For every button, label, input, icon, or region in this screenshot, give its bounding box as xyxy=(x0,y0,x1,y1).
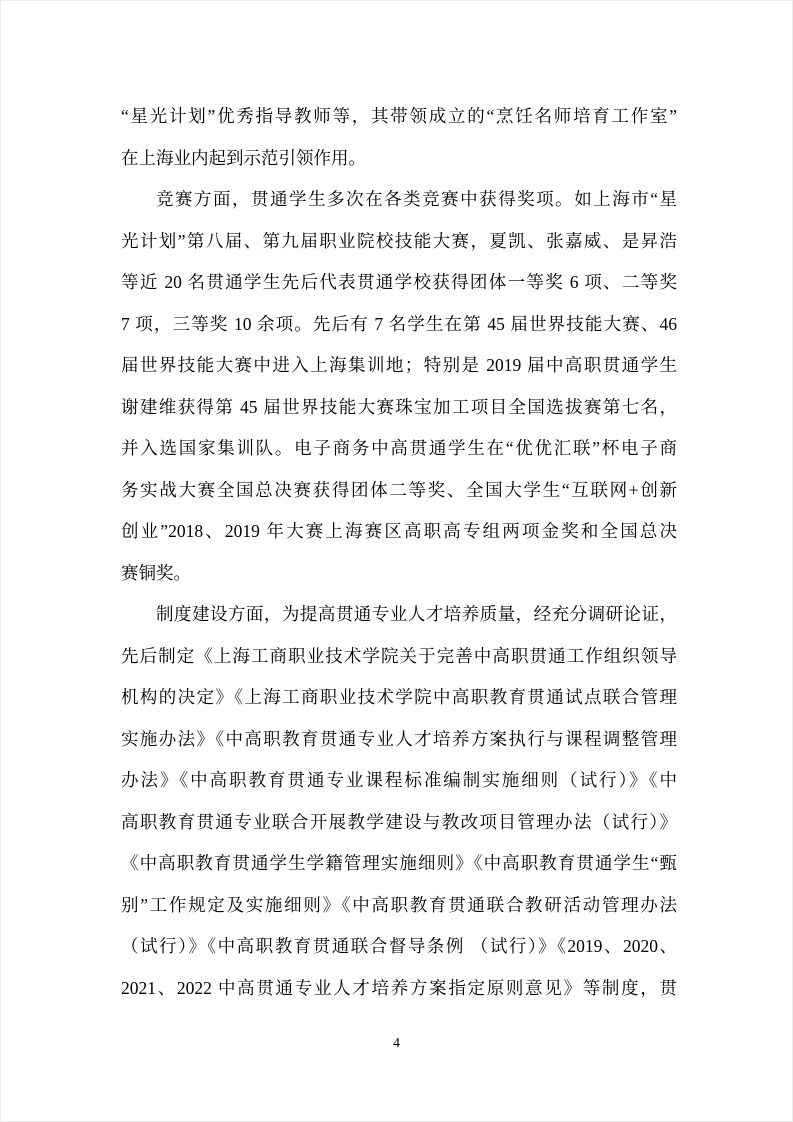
text-line: 制度建设方面，为提高贯通专业人才培养质量，经充分调研论证， xyxy=(121,594,677,636)
paragraph-1: “星光计划”优秀指导教师等，其带领成立的“烹饪名师培育工作室” 在上海业内起到示… xyxy=(121,96,677,179)
page-body: “星光计划”优秀指导教师等，其带领成立的“烹饪名师培育工作室” 在上海业内起到示… xyxy=(121,96,677,1009)
text-line: 届世界技能大赛中进入上海集训地；特别是 2019 届中高职贯通学生 xyxy=(121,345,677,387)
text-line: 务实战大赛全国总决赛获得团体二等奖、全国大学生“互联网+创新 xyxy=(121,470,677,512)
paragraph-2: 竞赛方面，贯通学生多次在各类竞赛中获得奖项。如上海市“星 光计划”第八届、第九届… xyxy=(121,179,677,594)
text-line: 在上海业内起到示范引领作用。 xyxy=(121,138,677,180)
text-line: 并入选国家集训队。电子商务中高贯通学生在“优优汇联”杯电子商 xyxy=(121,428,677,470)
document-page: “星光计划”优秀指导教师等，其带领成立的“烹饪名师培育工作室” 在上海业内起到示… xyxy=(0,0,793,1122)
page-number: 4 xyxy=(1,1034,792,1054)
paragraph-3: 制度建设方面，为提高贯通专业人才培养质量，经充分调研论证， 先后制定《上海工商职… xyxy=(121,594,677,1009)
text-line: 高职教育贯通专业联合开展教学建设与教改项目管理办法（试行）》 xyxy=(121,802,677,844)
text-line: 竞赛方面，贯通学生多次在各类竞赛中获得奖项。如上海市“星 xyxy=(121,179,677,221)
text-line: 实施办法》《中高职教育贯通专业人才培养方案执行与课程调整管理 xyxy=(121,719,677,761)
text-line: 机构的决定》《上海工商职业技术学院中高职教育贯通试点联合管理 xyxy=(121,677,677,719)
text-line: 创业”2018、2019 年大赛上海赛区高职高专组两项金奖和全国总决 xyxy=(121,511,677,553)
text-line: 光计划”第八届、第九届职业院校技能大赛，夏凯、张嘉威、是昇浩 xyxy=(121,221,677,263)
text-line: 7 项，三等奖 10 余项。先后有 7 名学生在第 45 届世界技能大赛、46 xyxy=(121,304,677,346)
text-line: 《中高职教育贯通学生学籍管理实施细则》《中高职教育贯通学生“甄 xyxy=(121,843,677,885)
text-line: 谢建维获得第 45 届世界技能大赛珠宝加工项目全国选拔赛第七名， xyxy=(121,387,677,429)
text-line: 等近 20 名贯通学生先后代表贯通学校获得团体一等奖 6 项、二等奖 xyxy=(121,262,677,304)
text-line: 2021、2022 中高贯通专业人才培养方案指定原则意见》等制度，贯 xyxy=(121,968,677,1010)
text-line: 赛铜奖。 xyxy=(121,553,677,595)
text-line: 别”工作规定及实施细则》《中高职教育贯通联合教研活动管理办法 xyxy=(121,885,677,927)
text-line: 先后制定《上海工商职业技术学院关于完善中高职贯通工作组织领导 xyxy=(121,636,677,678)
text-line: 办法》《中高职教育贯通专业课程标准编制实施细则（试行）》《中 xyxy=(121,760,677,802)
text-line: （试行）》《中高职教育贯通联合督导条例 （试行）》《2019、2020、 xyxy=(121,926,677,968)
text-line: “星光计划”优秀指导教师等，其带领成立的“烹饪名师培育工作室” xyxy=(121,96,677,138)
